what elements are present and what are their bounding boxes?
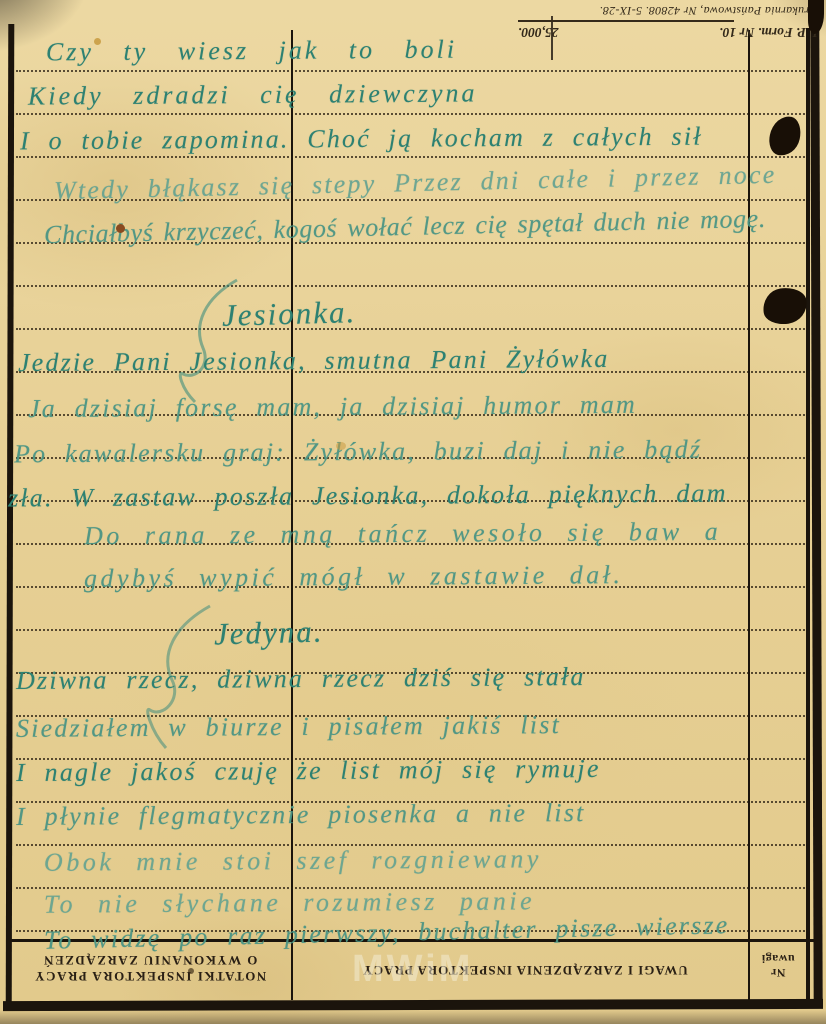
right-border-inner [806, 28, 810, 1003]
handwritten-line: To nie słychane rozumiesz panie [44, 886, 535, 919]
watermark: MWiM [352, 948, 473, 991]
handwritten-line: zła. W zastaw poszła Jesionka, dokoła pi… [8, 478, 728, 513]
paper-hole [761, 285, 810, 327]
scanned-form-page: I. P. Form. Nr 10. 25,000. Drukarnia Pań… [0, 0, 826, 1024]
handwritten-line: Do rana ze mną tańcz wesoło się baw a [84, 517, 721, 551]
ruled-line [16, 156, 808, 158]
stain-speck [336, 442, 346, 450]
print-run: 25,000. [518, 24, 559, 40]
bottom-border [3, 999, 823, 1011]
ruled-line [16, 629, 808, 631]
handwritten-line: Kiedy zdradzi cię dziewczyna [28, 78, 478, 111]
handwritten-line: I płynie flegmatycznie piosenka a nie li… [16, 798, 586, 832]
stain-speck [94, 38, 101, 45]
song-title: Jedyna. [214, 613, 324, 652]
footer-notes-cell: NOTATKI INSPEKTORA PRACY O WYKONANIU ZAR… [30, 952, 270, 984]
ruled-line [16, 70, 808, 72]
handwritten-line: I nagle jakoś czuję że list mój się rymu… [16, 754, 601, 788]
footer-nr-label: Nr [752, 966, 804, 980]
handwritten-line: Dziwna rzecz, dziwna rzecz dziś się stał… [16, 662, 586, 696]
ruled-line [16, 328, 808, 330]
handwritten-line: Ja dzisiaj forsę mam, ja dzisiaj humor m… [28, 390, 637, 424]
left-border [6, 24, 15, 1008]
footer-notes-line1: NOTATKI INSPEKTORA PRACY [30, 968, 270, 984]
handwritten-line: Obok mnie stoi szef rozgniewany [44, 844, 542, 877]
footer-nr-cell: Nr uwagi [752, 952, 804, 980]
footer-uwagi-label: uwagi [752, 952, 804, 966]
right-border-outer [810, 28, 822, 1008]
song-title: Jesionka. [222, 294, 357, 334]
handwritten-line: Jedzie Pani Jesionka, smutna Pani Żyłówk… [18, 344, 610, 378]
printed-imprint: I. P. Form. Nr 10. 25,000. Drukarnia Pań… [518, 3, 818, 40]
paper-hole [766, 113, 804, 158]
edge-tear [808, 0, 824, 34]
form-number: I. P. Form. Nr 10. [719, 24, 818, 40]
imprint-rule [518, 20, 734, 22]
handwritten-line: Siedziałem w biurze i pisałem jakiś list [16, 710, 561, 744]
handwritten-line: gdybyś wypić mógł w zastawie dał. [84, 560, 624, 594]
handwritten-line: I o tobie zapomina. Choć ją kocham z cał… [20, 122, 703, 157]
stain-speck [188, 968, 194, 974]
handwritten-line: Czy ty wiesz jak to boli [46, 35, 457, 68]
footer-notes-line2: O WYKONANIU ZARZĄDZEŃ [30, 952, 270, 968]
handwritten-line: Po kawalersku graj: Żyłówka, buzi daj i … [14, 435, 702, 470]
ruled-line [16, 113, 808, 115]
stain-speck [116, 224, 125, 233]
title-flourish [175, 276, 245, 406]
ruled-line [16, 285, 808, 287]
printer-credit: Drukarnia Państwowa, Nr 42808. 5-IX-28. [518, 3, 818, 18]
